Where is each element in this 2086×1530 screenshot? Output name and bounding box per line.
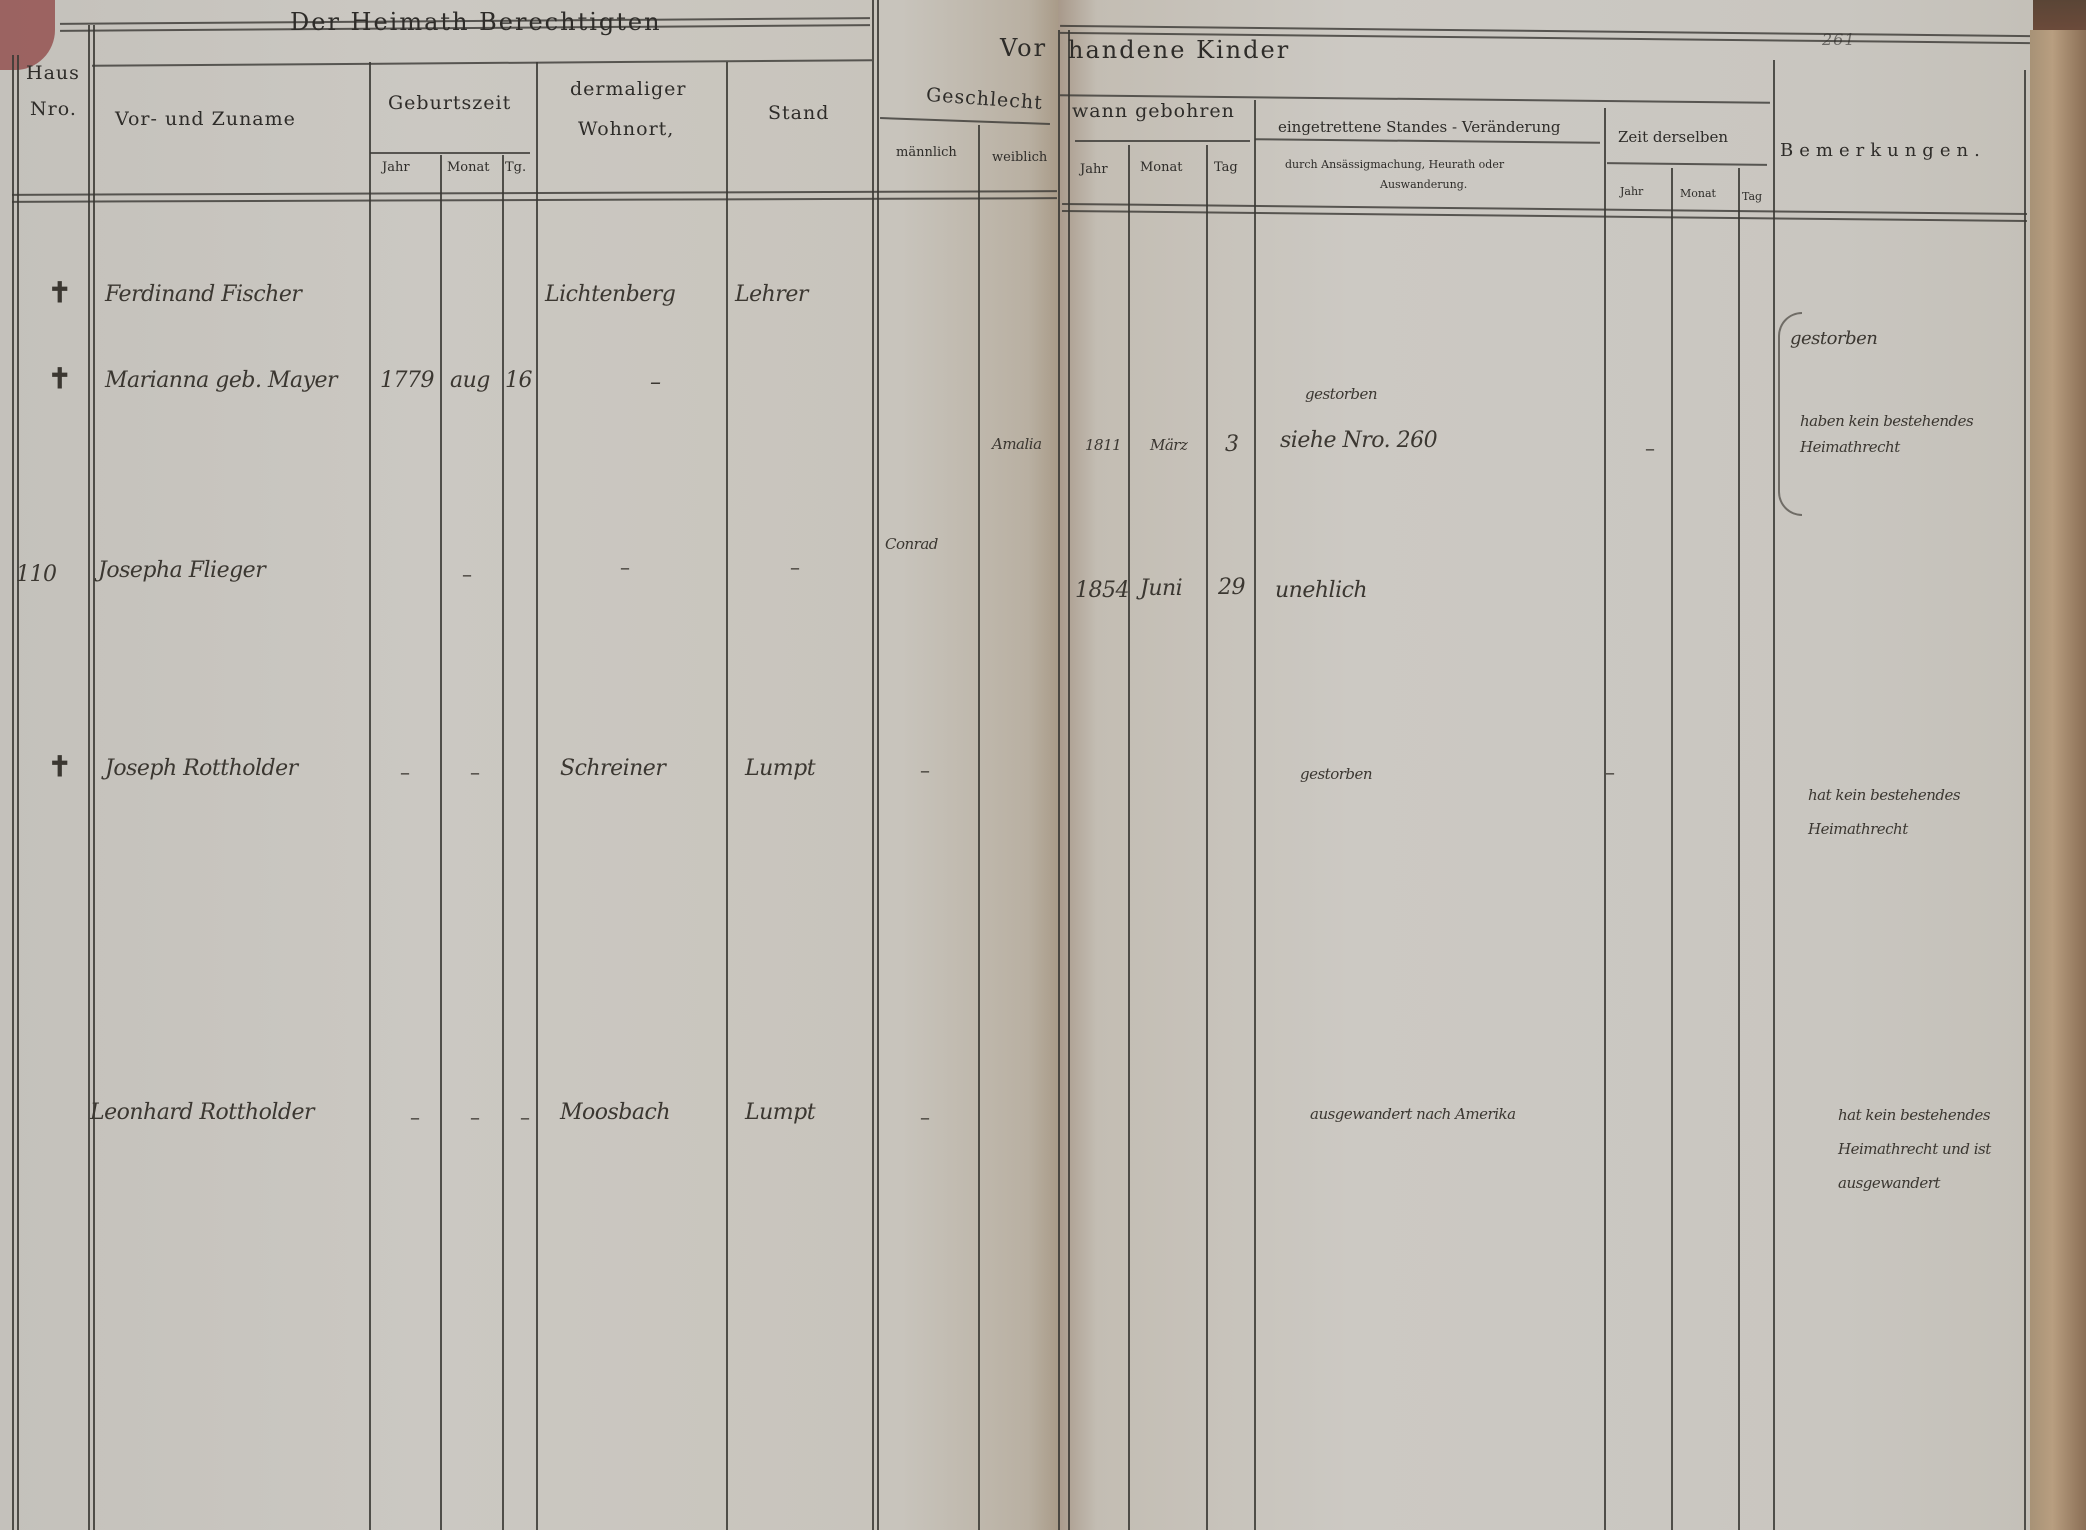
book-page-edges (2030, 30, 2086, 1530)
entry-4-geb-monat: – (470, 760, 480, 784)
entry-5-geb-jahr: – (410, 1105, 420, 1129)
entry-1-wohnort: Lichtenberg (545, 282, 675, 307)
deceased-cross-4: ✝ (48, 750, 71, 783)
entry-5-stand: Lumpt (745, 1100, 815, 1125)
title-right-part1: Vor (1000, 34, 1047, 62)
col-rule-stand (872, 0, 874, 1530)
stand-header: Stand (768, 102, 829, 124)
kind-monat-header: Monat (1140, 160, 1183, 175)
col-rule-veraenderung (1604, 108, 1606, 1530)
geb-monat-header: Monat (447, 160, 490, 175)
col-rule-outer-right (2024, 70, 2026, 1530)
zeit-tag-header: Tag (1742, 190, 1762, 203)
geburtszeit-subrule (370, 152, 530, 154)
entry-2-geb-tag: 16 (505, 368, 532, 393)
col-rule-geb-monat (502, 155, 504, 1530)
entry-2-wohnort: – (650, 370, 661, 395)
col-rule-gutter (1058, 30, 1060, 1530)
entry-1-name: Ferdinand Fischer (105, 282, 301, 307)
deceased-cross-1: ✝ (48, 276, 71, 309)
entry-3-stand: – (790, 555, 800, 579)
zeit-monat-header: Monat (1680, 187, 1716, 200)
col-rule-haus-2 (93, 25, 95, 1530)
col-rule-gutter-2 (1068, 30, 1070, 1530)
vor-und-zuname-header: Vor- und Zuname (115, 108, 296, 130)
entry-4-maennlich: – (920, 758, 930, 782)
entry-3-name: Josepha Flieger (98, 558, 265, 583)
entry-3-geb-jahr: – (462, 562, 472, 586)
entry-2-veraenderung-line1: gestorben (1305, 385, 1377, 403)
entry-1-bemerkung: gestorben (1790, 328, 1877, 349)
entry-4-veraenderung: gestorben (1300, 765, 1372, 783)
maennlich-header: männlich (896, 145, 957, 160)
entry-4-wohnort: Schreiner (560, 756, 665, 781)
entry-2-zeit-jahr: – (1645, 436, 1655, 460)
kind-jahr-header: Jahr (1080, 162, 1108, 177)
entry-5-geb-monat: – (470, 1105, 480, 1129)
entry-5-geb-tag: – (520, 1105, 530, 1129)
entry-4-zeit-jahr: – (1605, 760, 1615, 784)
entry-3-kind-monat: Juni (1140, 576, 1182, 601)
entry-2-kind-monat: März (1150, 436, 1187, 454)
col-rule-zeit-jahr (1671, 168, 1673, 1530)
entry-2-veraenderung: siehe Nro. 260 (1280, 428, 1437, 453)
col-rule-kind-monat (1206, 145, 1208, 1530)
col-rule-kind-tag (1254, 100, 1256, 1530)
title-right-part2: handene Kinder (1068, 36, 1290, 64)
entry-2-kind-jahr: 1811 (1085, 436, 1121, 454)
col-rule-bemerkungen (1773, 60, 1775, 1530)
bemerkung-brace (1778, 312, 1802, 516)
geb-tag-header: Tg. (505, 160, 526, 175)
gebohren-subrule (1075, 140, 1250, 142)
bemerkungen-header: Bemerkungen. (1780, 140, 1986, 161)
col-rule-outer-left-2 (17, 55, 19, 1530)
entry-3-kind-tag: 29 (1218, 575, 1245, 600)
col-rule-geb-tag (536, 62, 538, 1530)
veraenderung-sub-line2: Auswanderung. (1380, 178, 1467, 191)
entry-3-kind-jahr: 1854 (1075, 578, 1129, 603)
entry-5-maennlich: – (920, 1105, 930, 1129)
entry-2-weiblich: Amalia (992, 435, 1042, 453)
veraenderung-header: eingetrettene Standes - Veränderung (1278, 118, 1561, 136)
col-rule-wohnort (726, 62, 728, 1530)
page-number: 261 (1822, 30, 1856, 49)
wohnort-header-line2: Wohnort, (578, 118, 674, 140)
entry-3-haus-nro: 110 (16, 562, 57, 587)
col-rule-maennlich (978, 125, 980, 1530)
entry-3-wohnort: – (620, 555, 630, 579)
entry-2-bemerkung: haben kein bestehendes Heimathrecht (1800, 408, 2005, 460)
entry-4-bemerkung: hat kein bestehendes Heimathrecht (1808, 778, 2008, 846)
kind-tag-header: Tag (1214, 160, 1238, 175)
right-page (1058, 0, 2033, 1530)
geburtszeit-header: Geburtszeit (388, 92, 511, 114)
entry-1-stand: Lehrer (735, 282, 808, 307)
col-rule-stand-2 (877, 0, 879, 1530)
entry-4-geb-jahr: – (400, 760, 410, 784)
haus-label: Haus (26, 62, 80, 84)
entry-5-veraenderung: ausgewandert nach Amerika (1310, 1105, 1516, 1123)
col-rule-kind-jahr (1128, 145, 1130, 1530)
entry-2-geb-jahr: 1779 (380, 368, 434, 393)
entry-2-geb-monat: aug (450, 368, 490, 393)
weiblich-header: weiblich (992, 150, 1047, 165)
entry-3-veraenderung: unehlich (1275, 578, 1367, 603)
geb-jahr-header: Jahr (382, 160, 410, 175)
entry-5-name: Leonhard Rottholder (90, 1100, 314, 1125)
col-rule-geb-jahr (440, 155, 442, 1530)
entry-3-maennlich: Conrad (885, 535, 938, 553)
entry-5-wohnort: Moosbach (560, 1100, 670, 1125)
entry-2-name: Marianna geb. Mayer (105, 368, 337, 393)
col-rule-outer-left (12, 55, 14, 1530)
col-rule-haus (88, 25, 90, 1530)
entry-4-stand: Lumpt (745, 756, 815, 781)
title-left: Der Heimath Berechtigten (290, 8, 662, 36)
nro-label: Nro. (30, 98, 77, 120)
veraenderung-sub-line1: durch Ansässigmachung, Heurath oder (1285, 158, 1504, 171)
zeit-jahr-header: Jahr (1620, 185, 1643, 198)
col-rule-zeit-monat (1738, 168, 1740, 1530)
entry-5-bemerkung: hat kein bestehendes Heimathrecht und is… (1838, 1098, 2018, 1200)
wann-gebohren-header: wann gebohren (1072, 100, 1235, 122)
entry-2-kind-tag: 3 (1225, 432, 1239, 457)
deceased-cross-2: ✝ (48, 362, 71, 395)
col-rule-name (369, 62, 371, 1530)
wohnort-header-line1: dermaliger (570, 78, 686, 100)
entry-4-name: Joseph Rottholder (105, 756, 298, 781)
zeit-derselben-header: Zeit derselben (1618, 128, 1728, 146)
